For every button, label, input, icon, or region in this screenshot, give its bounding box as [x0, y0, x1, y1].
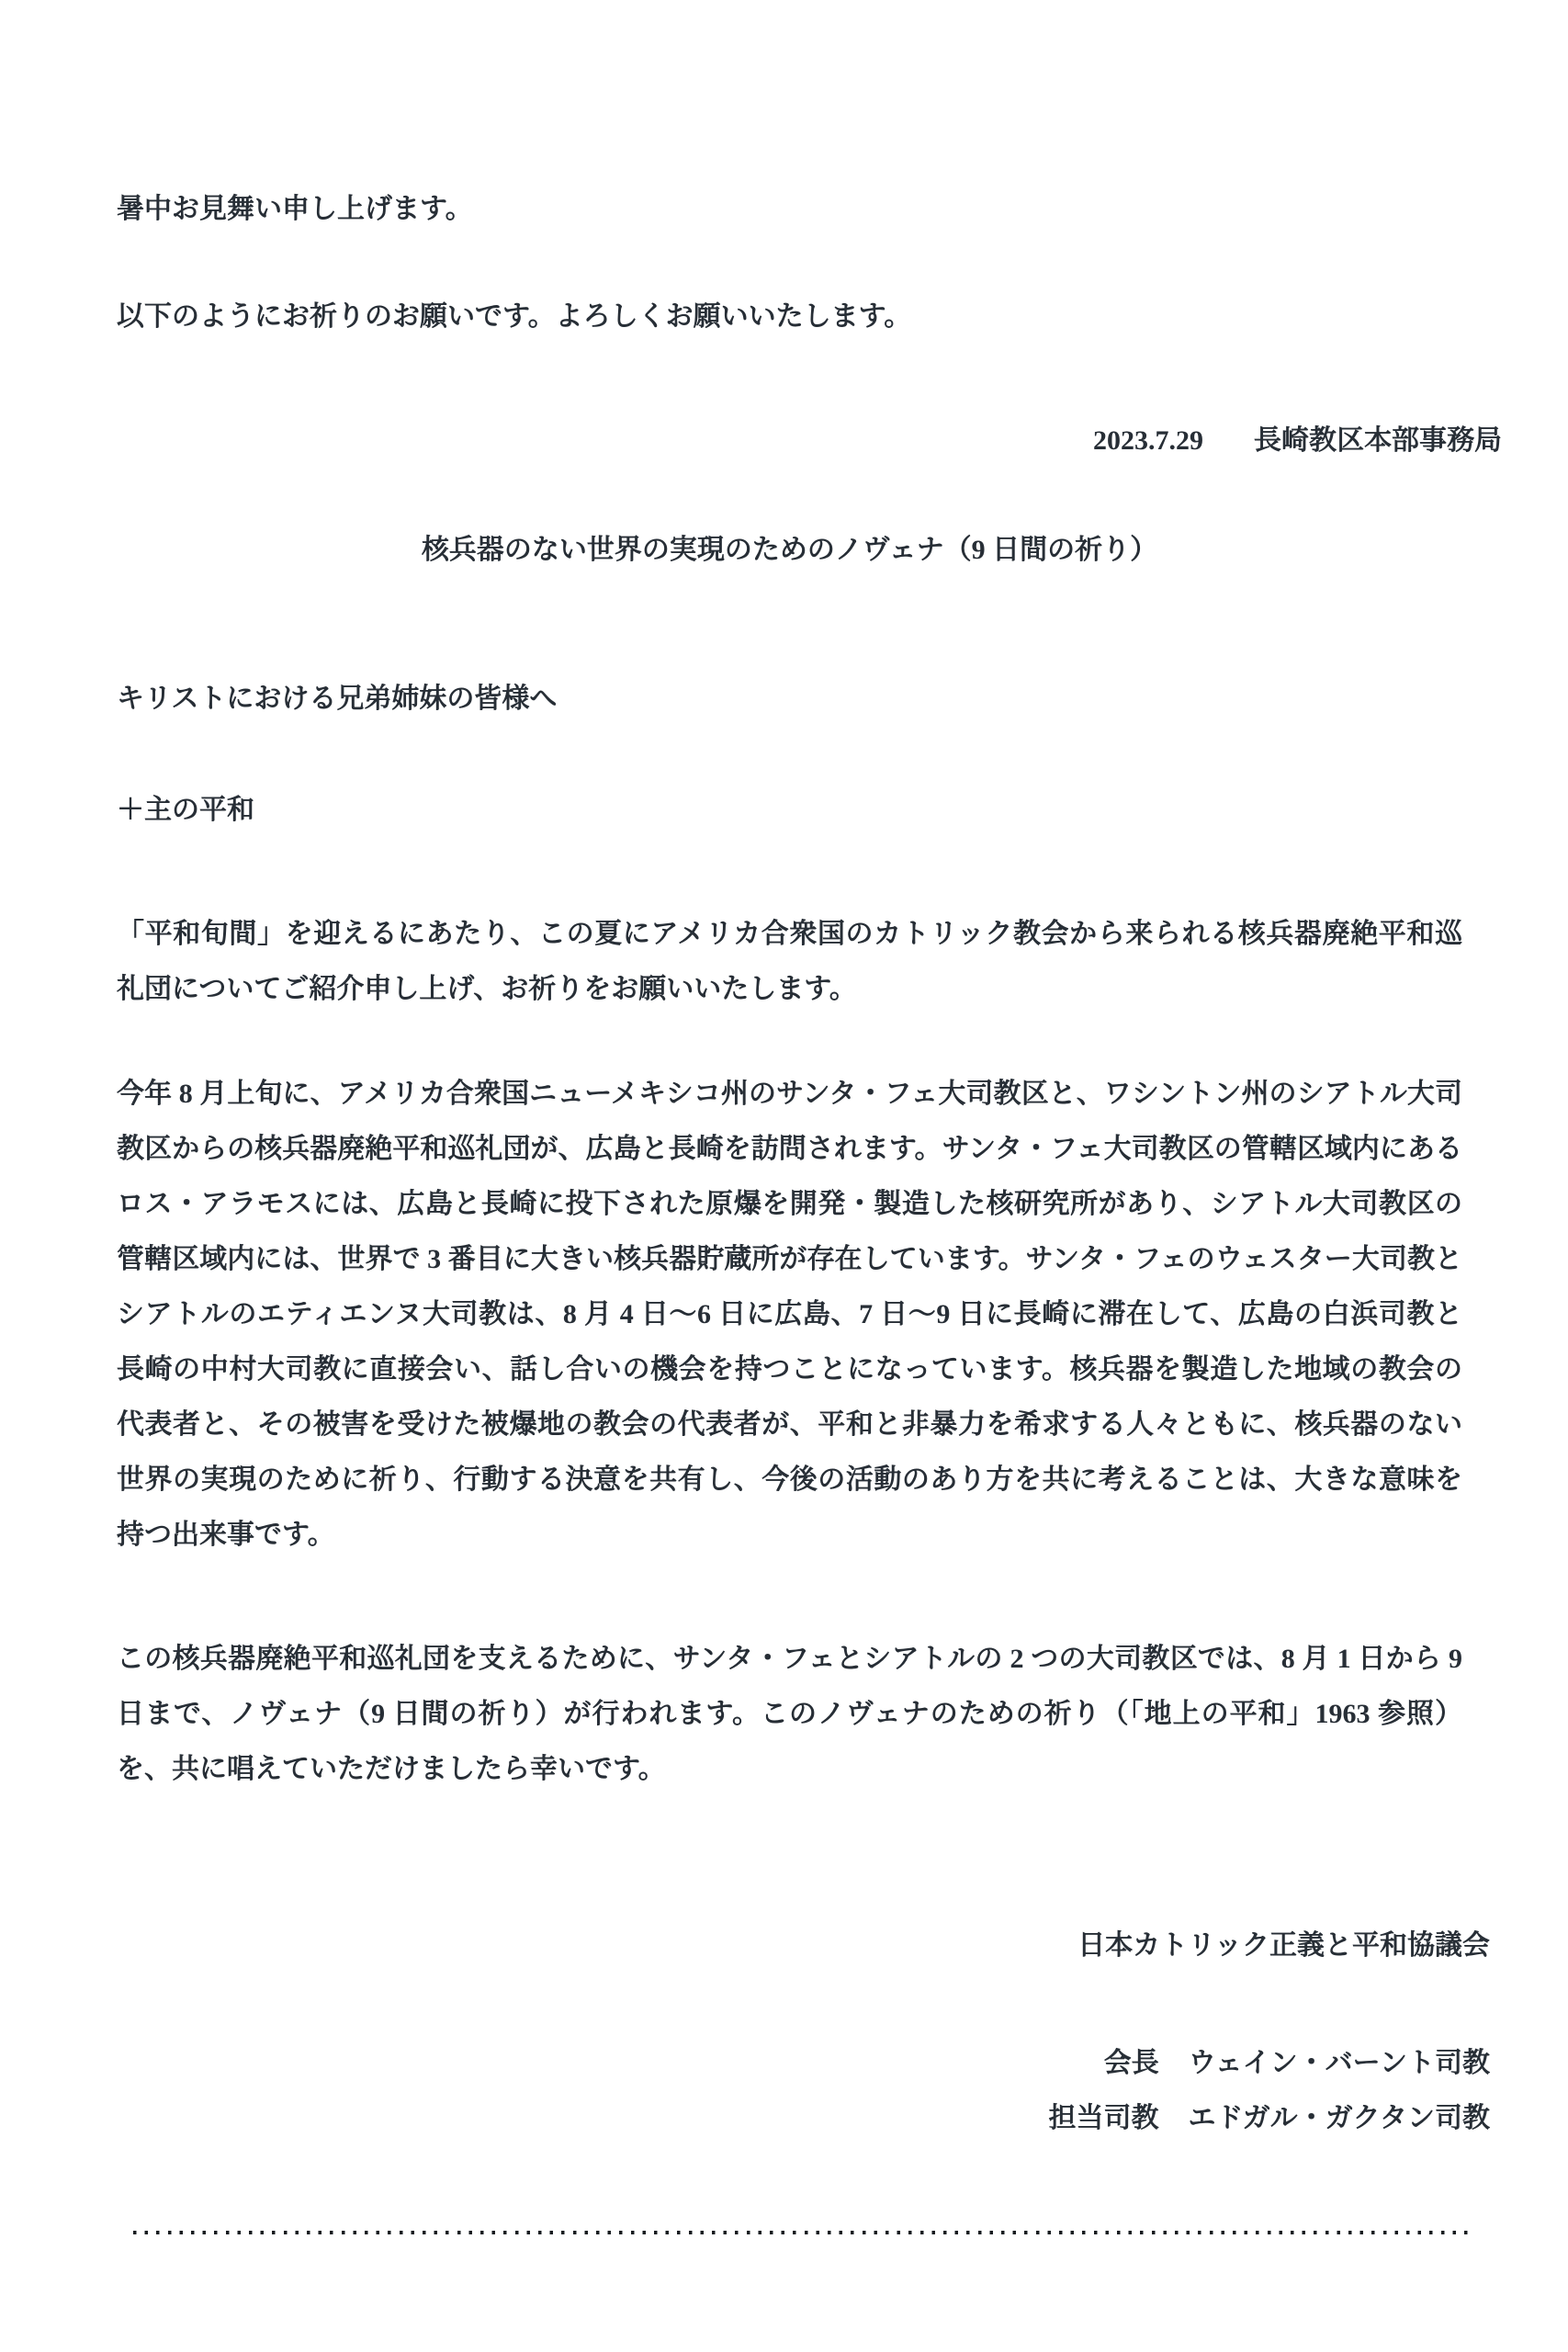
document-title: 核兵器のない世界の実現のためのノヴェナ（9 日間の祈り）	[117, 523, 1462, 578]
signature-name: ウェイン・バーント司教	[1189, 2036, 1490, 2091]
peace-greeting: ＋主の平和	[117, 783, 1502, 838]
paragraph-intro: 「平和旬間」を迎えるにあたり、この夏にアメリカ合衆国のカトリック教会から来られる…	[117, 907, 1462, 1017]
date-sender-line: 2023.7.29 長崎教区本部事務局	[117, 413, 1502, 469]
signature-president: 会長 ウェイン・バーント司教	[117, 2036, 1490, 2091]
signature-role: 担当司教	[1049, 2091, 1159, 2146]
letter-date: 2023.7.29	[1093, 413, 1203, 469]
signature-bishop-in-charge: 担当司教 エドガル・ガクタン司教	[117, 2091, 1490, 2146]
signature-role: 会長	[1104, 2036, 1159, 2091]
dotted-divider	[133, 2231, 1472, 2234]
paragraph-pilgrimage-details: 今年 8 月上旬に、アメリカ合衆国ニューメキシコ州のサンタ・フェ大司教区と、ワシ…	[117, 1067, 1462, 1563]
signature-name: エドガル・ガクタン司教	[1189, 2091, 1491, 2146]
paragraph-novena-request: この核兵器廃絶平和巡礼団を支えるために、サンタ・フェとシアトルの 2 つの大司教…	[117, 1632, 1462, 1797]
request-greeting: 以下のようにお祈りのお願いです。よろしくお願いいたします。	[117, 289, 1502, 345]
salutation: キリストにおける兄弟姉妹の皆様へ	[117, 672, 1502, 727]
summer-greeting: 暑中お見舞い申し上げます。	[117, 182, 1502, 237]
signature-block: 会長 ウェイン・バーント司教 担当司教 エドガル・ガクタン司教	[117, 2036, 1490, 2146]
organization-name: 日本カトリック正義と平和協議会	[117, 1918, 1490, 1973]
letter-page: 暑中お見舞い申し上げます。 以下のようにお祈りのお願いです。よろしくお願いいたし…	[0, 0, 1568, 2352]
sender-name: 長崎教区本部事務局	[1254, 413, 1502, 469]
